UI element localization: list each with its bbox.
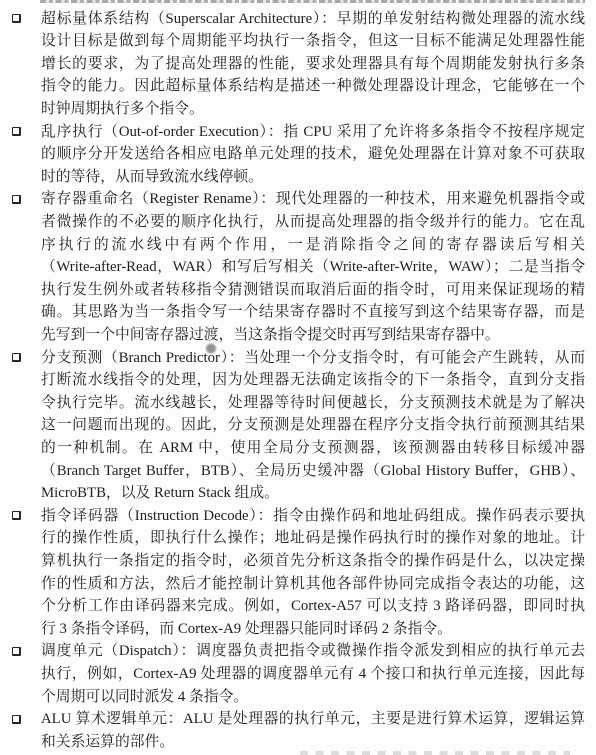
list-item-dispatch: 调度单元（Dispatch）：调度器负责把指令或微操作指令派发到相应的执行单元去… (0, 640, 585, 708)
text-line: 乱序执行（Out-of-order Execution）：指 CPU 采用了允许… (41, 121, 585, 144)
text-line: 超标量体系结构（Superscalar Architecture）：早期的单发射… (41, 8, 585, 31)
list-item-instruction-decode: 指令译码器（Instruction Decode）：指令由操作码和地址码组成。操… (0, 505, 585, 641)
text-line: （Write-after-Read，WAR）和写后写相关（Write-after… (41, 256, 585, 279)
text-line: 设计目标是做到每个周期能平均执行一条指令，但这一目标不能满足处理器性能 (41, 30, 585, 53)
text-line: 个分析工作由译码器来完成。例如，Cortex-A57 可以支持 3 路译码器，即… (41, 595, 585, 618)
text-line: 令执行完毕。流水线越长，处理器等待时间便越长，分支预测技术就是为了解决 (41, 392, 585, 415)
list-item-alu: ALU 算术逻辑单元：ALU 是处理器的执行单元，主要是进行算术运算，逻辑运算 … (0, 708, 585, 753)
text-line: 寄存器重命名（Register Rename）：现代处理器的一种技术，用来避免机… (41, 188, 585, 211)
text-line: 这一问题而出现的。因此，分支预测是处理器在程序分支指令执行前预测其结果 (41, 414, 585, 437)
square-bullet-icon (12, 353, 21, 362)
list-item-branch-predictor: 分支预测（Branch Predictor）：当处理一个分支指令时，有可能会产生… (0, 347, 585, 505)
text-line: 指令译码器（Instruction Decode）：指令由操作码和地址码组成。操… (41, 505, 585, 528)
text-line: 时钟周期执行多个指令。 (41, 98, 585, 121)
text-line: 调度单元（Dispatch）：调度器负责把指令或微操作指令派发到相应的执行单元去 (41, 640, 585, 663)
text-line: 打断流水线指令的处理，因为处理器无法确定该指令的下一条指令，直到分支指 (41, 369, 585, 392)
text-line: 算机执行一条指定的指令时，必须首先分析这条指令的操作码是什么，以决定操 (41, 550, 585, 573)
text-line: 行的操作性质，即执行什么操作；地址码是操作码执行时的操作对象的地址。计 (41, 527, 585, 550)
list-item-register-rename: 寄存器重命名（Register Rename）：现代处理器的一种技术，用来避免机… (0, 188, 585, 346)
text-line: 的一种机制。在 ARM 中，使用全局分支预测器，该预测器由转移目标缓冲器 (41, 437, 585, 460)
list-item-out-of-order-execution: 乱序执行（Out-of-order Execution）：指 CPU 采用了允许… (0, 121, 585, 189)
list-item-superscalar-architecture: 超标量体系结构（Superscalar Architecture）：早期的单发射… (0, 8, 585, 121)
square-bullet-icon (12, 195, 21, 204)
text-line: 作的性质和方法，然后才能控制计算机其他各部件协同完成指令表达的功能，这 (41, 573, 585, 596)
text-line: （Branch Target Buffer，BTB）、全局历史缓冲器（Globa… (41, 460, 585, 483)
text-line: 的顺序分开发送给各相应电路单元处理的技术，避免处理器在计算对象不可获取 (41, 143, 585, 166)
text-line: 执行，例如，Cortex-A9 处理器的调度器单元有 4 个接口和执行单元连接，… (41, 663, 585, 686)
text-line: 序执行的流水线中有两个作用，一是消除指令之间的寄存器读后写相关 (41, 234, 585, 257)
clipped-next-line (300, 751, 570, 755)
text-line: 执行发生例外或者转移指令猜测错误而取消后面的指令时，可用来保证现场的精 (41, 279, 585, 302)
square-bullet-icon (12, 14, 21, 23)
square-bullet-icon (12, 647, 21, 656)
square-bullet-icon (12, 715, 21, 724)
square-bullet-icon (12, 511, 21, 520)
text-line: 者微操作的不必要的顺序化执行，从而提高处理器的指令级并行的能力。它在乱 (41, 211, 585, 234)
text-line: 时的等待，从而导致流水线停顿。 (41, 166, 585, 189)
term-definition-list: 超标量体系结构（Superscalar Architecture）：早期的单发射… (0, 8, 596, 754)
square-bullet-icon (12, 127, 21, 136)
text-line: 行 3 条指令译码，而 Cortex-A9 处理器只能同时译码 2 条指令。 (41, 618, 585, 641)
text-line: 先写到一个中间寄存器过渡，当这条指令提交时再写到结果寄存器中。 (41, 324, 585, 347)
text-line: 指令的能力。因此超标量体系结构是描述一种微处理器设计理念，它能够在一个 (41, 75, 585, 98)
text-line: 分支预测（Branch Predictor）：当处理一个分支指令时，有可能会产生… (41, 347, 585, 370)
text-line: ALU 算术逻辑单元：ALU 是处理器的执行单元，主要是进行算术运算，逻辑运算 (41, 708, 585, 731)
text-line: 增长的要求，为了提高处理器的性能，要求处理器具有每个周期能发射执行多条 (41, 53, 585, 76)
text-line: 个周期可以同时派发 4 条指令。 (41, 686, 585, 709)
clipped-previous-line (40, 0, 585, 3)
text-line: 和关系运算的部件。 (41, 731, 585, 754)
text-line: MicroBTB，以及 Return Stack 组成。 (41, 482, 585, 505)
text-line: 确。其思路为当一条指令写一个结果寄存器时不直接写到这个结果寄存器，而是 (41, 301, 585, 324)
document-page: 超标量体系结构（Superscalar Architecture）：早期的单发射… (0, 0, 596, 755)
